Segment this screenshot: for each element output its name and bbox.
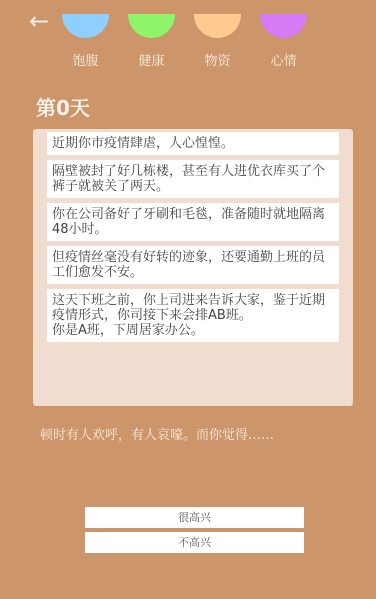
stat-label: 心情 <box>254 50 313 69</box>
event-item: 这天下班之前，你上司进来告诉大家，鉴于近期疫情形式，你司接下来会排AB班。 你是… <box>47 289 339 342</box>
mood-bowl-icon <box>260 14 307 38</box>
choice-unhappy-button[interactable]: 不高兴 <box>85 532 304 553</box>
stat-label: 物资 <box>188 50 247 69</box>
day-title: 第0天 <box>36 92 90 121</box>
stat-label: 健康 <box>122 50 181 69</box>
health-bowl-icon <box>128 14 175 38</box>
stat-supplies: 物资 <box>194 14 241 38</box>
stat-label: 饱腹 <box>56 50 115 69</box>
choice-list: 很高兴 不高兴 <box>85 507 304 557</box>
stat-mood: 心情 <box>260 14 307 38</box>
satiety-bowl-icon <box>62 14 109 38</box>
event-item: 你在公司备好了牙刷和毛毯，准备随时就地隔离48小时。 <box>47 203 339 241</box>
event-log-card: 近期你市疫情肆虐，人心惶惶。 隔壁被封了好几栋楼，甚至有人进优衣库买了个裤子就被… <box>33 129 353 406</box>
event-item: 隔壁被封了好几栋楼，甚至有人进优衣库买了个裤子就被关了两天。 <box>47 160 339 198</box>
supplies-bowl-icon <box>194 14 241 38</box>
choice-happy-button[interactable]: 很高兴 <box>85 507 304 528</box>
event-list: 近期你市疫情肆虐，人心惶惶。 隔壁被封了好几栋楼，甚至有人进优衣库买了个裤子就被… <box>47 132 339 347</box>
back-arrow-icon[interactable]: ← <box>24 6 54 36</box>
stat-satiety: 饱腹 <box>62 14 109 38</box>
stat-health: 健康 <box>128 14 175 38</box>
event-item: 但疫情丝毫没有好转的迹象，还要通勤上班的员工们愈发不安。 <box>47 246 339 284</box>
question-prompt: 顿时有人欢呼，有人哀嚎。而你觉得…… <box>40 424 274 443</box>
event-item: 近期你市疫情肆虐，人心惶惶。 <box>47 132 339 155</box>
